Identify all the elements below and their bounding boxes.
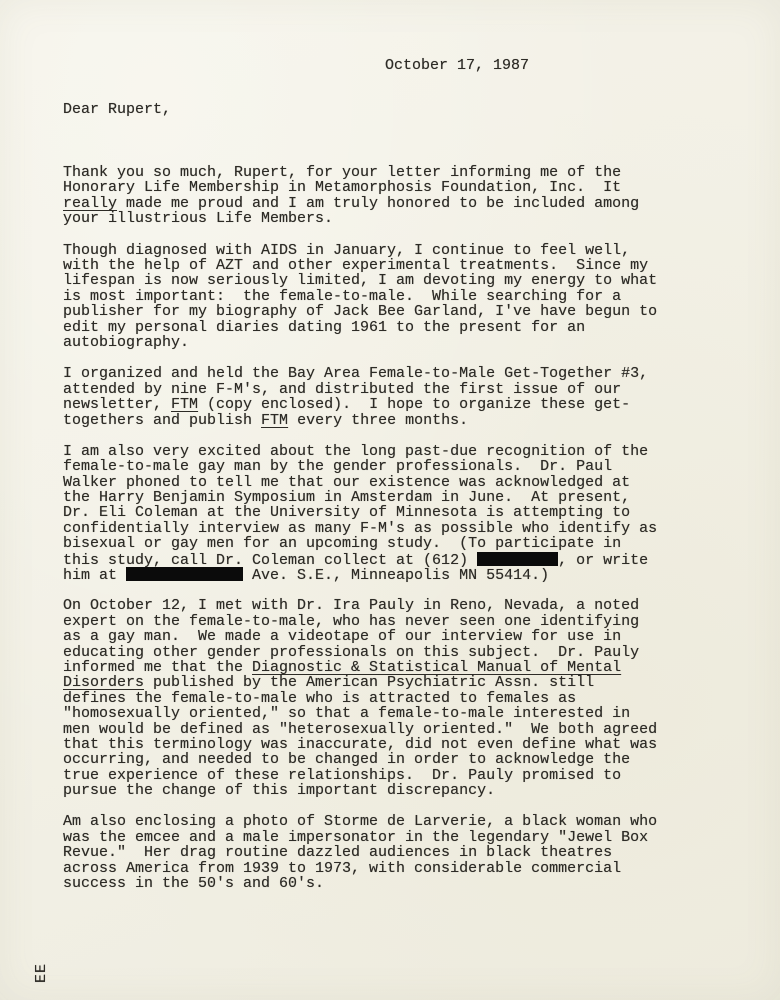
- letter-paragraph: I organized and held the Bay Area Female…: [63, 366, 723, 428]
- text-segment: your illustrious Life Members.: [63, 210, 333, 227]
- letter-paragraph: On October 12, I met with Dr. Ira Pauly …: [63, 598, 723, 798]
- redaction-bar: [477, 552, 558, 566]
- text-line: occurring, and needed to be changed in o…: [63, 752, 723, 767]
- text-line: Am also enclosing a photo of Storme de L…: [63, 814, 723, 829]
- text-line: with the help of AZT and other experimen…: [63, 258, 723, 273]
- text-line: lifespan is now seriously limited, I am …: [63, 273, 723, 288]
- text-segment: togethers and publish: [63, 412, 261, 429]
- redaction-bar: [126, 567, 243, 581]
- text-segment: him at: [63, 567, 126, 584]
- text-line: educating other gender professionals on …: [63, 645, 723, 660]
- text-line: Disorders published by the American Psyc…: [63, 675, 723, 690]
- letter-paragraph: Am also enclosing a photo of Storme de L…: [63, 814, 723, 891]
- text-line: Dr. Eli Coleman at the University of Min…: [63, 505, 723, 520]
- text-line: "homosexually oriented," so that a femal…: [63, 706, 723, 721]
- text-segment: pursue the change of this important disc…: [63, 782, 495, 799]
- text-line: Honorary Life Membership in Metamorphosi…: [63, 180, 723, 195]
- text-segment: success in the 50's and 60's.: [63, 875, 324, 892]
- text-line: him at Ave. S.E., Minneapolis MN 55414.): [63, 567, 723, 582]
- text-line: the Harry Benjamin Symposium in Amsterda…: [63, 490, 723, 505]
- text-line: togethers and publish FTM every three mo…: [63, 413, 723, 428]
- text-line: confidentially interview as many F-M's a…: [63, 521, 723, 536]
- text-line: I am also very excited about the long pa…: [63, 444, 723, 459]
- text-line: informed me that the Diagnostic & Statis…: [63, 660, 723, 675]
- text-line: expert on the female-to-male, who has ne…: [63, 614, 723, 629]
- text-line: autobiography.: [63, 335, 723, 350]
- text-line: Revue." Her drag routine dazzled audienc…: [63, 845, 723, 860]
- text-line: true experience of these relationships. …: [63, 768, 723, 783]
- text-segment: Ave. S.E., Minneapolis MN 55414.): [243, 567, 549, 584]
- salutation: Dear Rupert,: [63, 102, 723, 117]
- text-line: this study, call Dr. Coleman collect at …: [63, 552, 723, 567]
- text-line: as a gay man. We made a videotape of our…: [63, 629, 723, 644]
- text-line: Though diagnosed with AIDS in January, I…: [63, 243, 723, 258]
- text-segment: bisexual or gay men for an upcoming stud…: [63, 535, 621, 552]
- page-mark: EE: [34, 963, 49, 983]
- text-line: I organized and held the Bay Area Female…: [63, 366, 723, 381]
- text-line: is most important: the female-to-male. W…: [63, 289, 723, 304]
- text-line: pursue the change of this important disc…: [63, 783, 723, 798]
- text-segment: autobiography.: [63, 334, 189, 351]
- text-line: bisexual or gay men for an upcoming stud…: [63, 536, 723, 551]
- text-line: Thank you so much, Rupert, for your lett…: [63, 165, 723, 180]
- letter-page: October 17, 1987 Dear Rupert, Thank you …: [0, 0, 780, 1000]
- letter-paragraph: I am also very excited about the long pa…: [63, 444, 723, 583]
- text-line: men would be defined as "heterosexually …: [63, 722, 723, 737]
- text-line: was the emcee and a male impersonator in…: [63, 830, 723, 845]
- text-line: your illustrious Life Members.: [63, 211, 723, 226]
- text-line: Walker phoned to tell me that our existe…: [63, 475, 723, 490]
- text-segment: every three months.: [288, 412, 468, 429]
- text-line: attended by nine F-M's, and distributed …: [63, 382, 723, 397]
- text-line: across America from 1939 to 1973, with c…: [63, 861, 723, 876]
- letter-body-paragraphs: Thank you so much, Rupert, for your lett…: [63, 165, 723, 891]
- text-line: On October 12, I met with Dr. Ira Pauly …: [63, 598, 723, 613]
- text-line: female-to-male gay man by the gender pro…: [63, 459, 723, 474]
- text-line: that this terminology was inaccurate, di…: [63, 737, 723, 752]
- text-line: defines the female-to-male who is attrac…: [63, 691, 723, 706]
- text-line: newsletter, FTM (copy enclosed). I hope …: [63, 397, 723, 412]
- letter-body: Dear Rupert, Thank you so much, Rupert, …: [63, 71, 723, 938]
- underlined-text: FTM: [261, 412, 288, 429]
- letter-paragraph: Thank you so much, Rupert, for your lett…: [63, 165, 723, 227]
- text-line: publisher for my biography of Jack Bee G…: [63, 304, 723, 319]
- text-line: success in the 50's and 60's.: [63, 876, 723, 891]
- text-line: really made me proud and I am truly hono…: [63, 196, 723, 211]
- letter-paragraph: Though diagnosed with AIDS in January, I…: [63, 243, 723, 351]
- text-line: edit my personal diaries dating 1961 to …: [63, 320, 723, 335]
- text-segment: , or write: [558, 552, 648, 569]
